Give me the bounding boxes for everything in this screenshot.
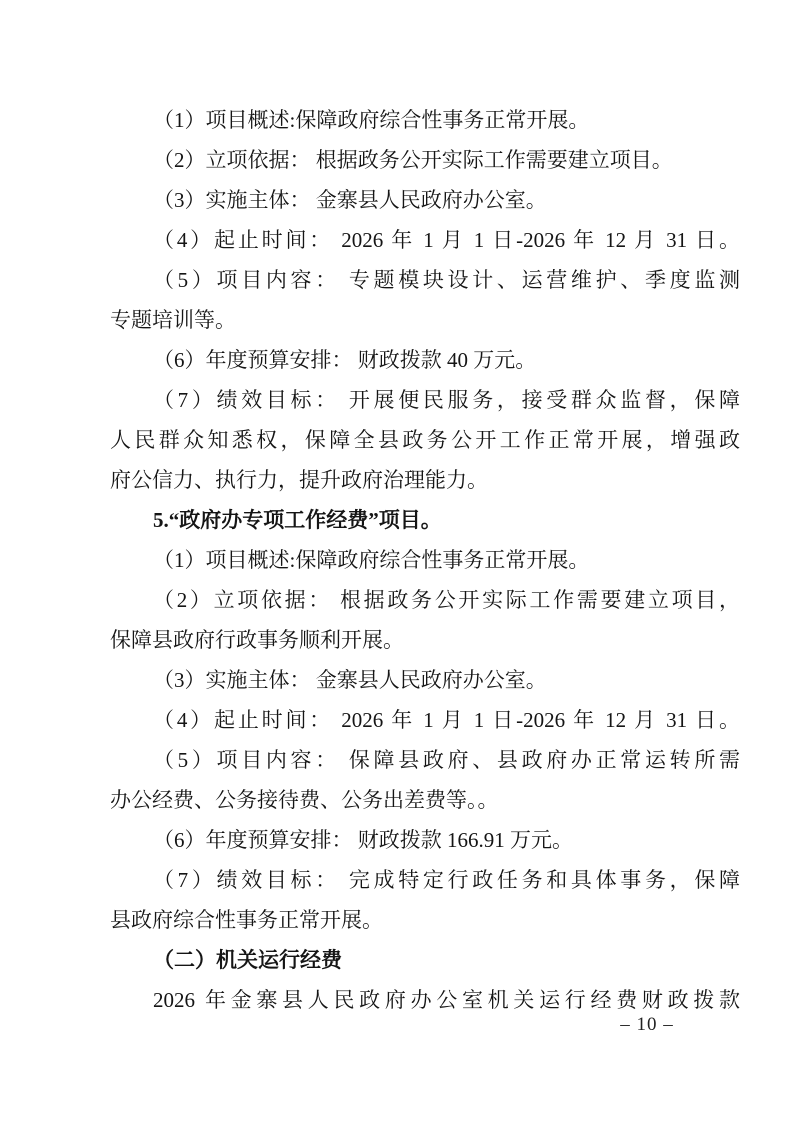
paragraph-line: （7）绩效目标： 完成特定行政任务和具体事务，保障 [110,860,740,900]
paragraph-line: （6）年度预算安排： 财政拨款 40 万元。 [110,340,740,380]
paragraph-line: （2）立项依据： 根据政务公开实际工作需要建立项目。 [110,140,740,180]
paragraph-line: （7）绩效目标： 开展便民服务，接受群众监督，保障 [110,380,740,420]
paragraph-line: （3）实施主体： 金寨县人民政府办公室。 [110,660,740,700]
paragraph-line: （1）项目概述:保障政府综合性事务正常开展。 [110,540,740,580]
paragraph-line: （6）年度预算安排： 财政拨款 166.91 万元。 [110,820,740,860]
section-heading: （二）机关运行经费 [110,940,740,980]
paragraph-line: （2）立项依据： 根据政务公开实际工作需要建立项目， [110,580,740,620]
paragraph-line: （4）起止时间： 2026 年 1 月 1 日-2026 年 12 月 31 日… [110,220,740,260]
section-heading: 5.“政府办专项工作经费”项目。 [110,500,740,540]
paragraph-line: （1）项目概述:保障政府综合性事务正常开展。 [110,100,740,140]
paragraph-line: （5）项目内容： 专题模块设计、运营维护、季度监测 [110,260,740,300]
paragraph-line: 县政府综合性事务正常开展。 [110,900,740,940]
document-body: （1）项目概述:保障政府综合性事务正常开展。 （2）立项依据： 根据政务公开实际… [110,100,740,1020]
paragraph-line: （4）起止时间： 2026 年 1 月 1 日-2026 年 12 月 31 日… [110,700,740,740]
page-number: – 10 – [612,1012,682,1038]
paragraph-line: 专题培训等。 [110,300,740,340]
paragraph-line: 府公信力、执行力，提升政府治理能力。 [110,460,740,500]
paragraph-line: 保障县政府行政事务顺利开展。 [110,620,740,660]
document-page: （1）项目概述:保障政府综合性事务正常开展。 （2）立项依据： 根据政务公开实际… [0,0,793,1122]
paragraph-line: （5）项目内容： 保障县政府、县政府办正常运转所需 [110,740,740,780]
paragraph-line: 办公经费、公务接待费、公务出差费等。。 [110,780,740,820]
paragraph-line: 人民群众知悉权，保障全县政务公开工作正常开展，增强政 [110,420,740,460]
paragraph-line: （3）实施主体： 金寨县人民政府办公室。 [110,180,740,220]
